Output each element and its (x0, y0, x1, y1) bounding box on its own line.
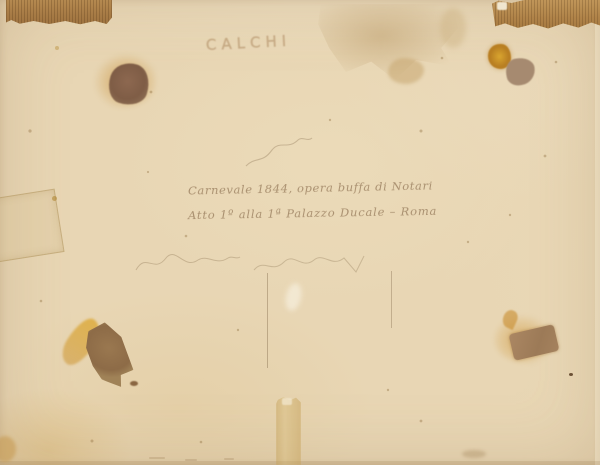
foxing-specks (0, 0, 600, 465)
photo-of-artwork-verso: CALCHI Carnevale 1844, opera buffa di No… (0, 0, 600, 465)
